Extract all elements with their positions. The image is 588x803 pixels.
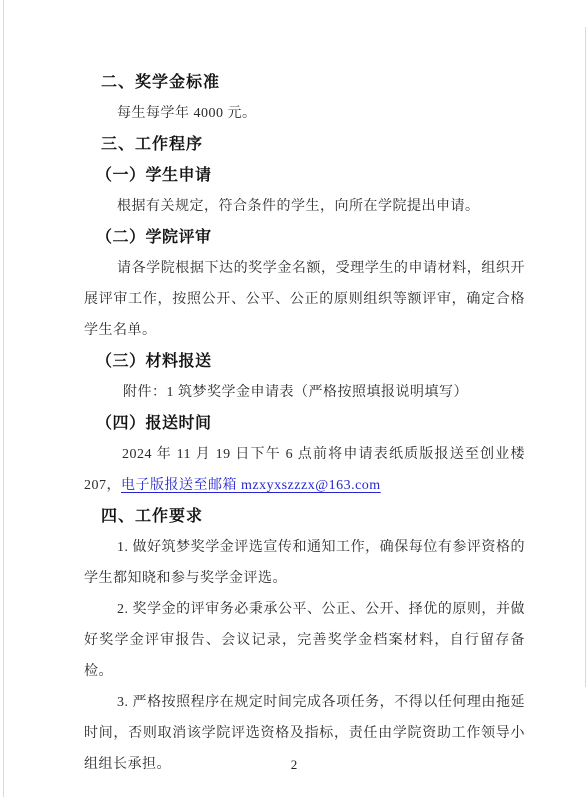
para-submission-deadline: 2024 年 11 月 19 日下午 6 点前将申请表纸质版报送至创业楼 207… [84,439,525,501]
para-student-application: 根据有关规定，符合条件的学生，向所在学院提出申请。 [84,191,525,222]
heading-student-application: （一）学生申请 [84,160,525,191]
heading-work-requirements: 四、工作要求 [84,501,525,532]
page-number: 2 [0,757,588,773]
para-requirement-1: 1. 做好筑梦奖学金评选宣传和通知工作，确保每位有参评资格的学生都知晓和参与奖学… [84,532,525,594]
document-content: 二、奖学金标准 每生每学年 4000 元。 三、工作程序 （一）学生申请 根据有… [84,67,525,780]
heading-scholarship-standard: 二、奖学金标准 [84,67,525,98]
para-college-review: 请各学院根据下达的奖学金名额，受理学生的申请材料，组织开展评审工作，按照公开、公… [84,253,525,346]
heading-college-review: （二）学院评审 [84,222,525,253]
heading-work-procedure: 三、工作程序 [84,129,525,160]
para-attachment: 附件：1 筑梦奖学金申请表（严格按照填报说明填写） [84,377,525,408]
heading-material-submission: （三）材料报送 [84,346,525,377]
para-requirement-2: 2. 奖学金的评审务必秉承公平、公正、公开、择优的原则，并做好奖学金评审报告、会… [84,594,525,687]
document-page: 二、奖学金标准 每生每学年 4000 元。 三、工作程序 （一）学生申请 根据有… [0,0,588,803]
para-scholarship-amount: 每生每学年 4000 元。 [84,98,525,129]
email-link[interactable]: 电子版报送至邮箱 mzxyxszzzx@163.com [121,478,381,493]
heading-submission-deadline: （四）报送时间 [84,408,525,439]
page-edge-right-line [585,27,586,687]
page-edge-left-line [3,0,4,797]
